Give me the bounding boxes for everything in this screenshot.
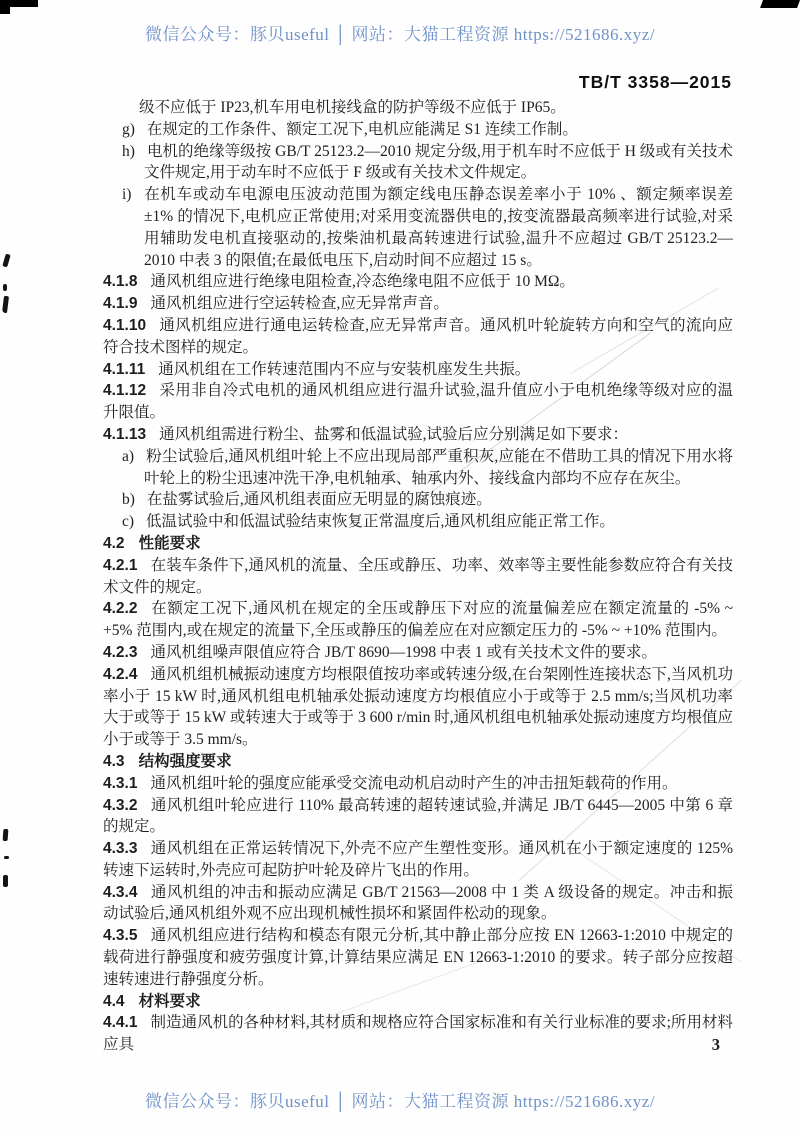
clause-text: 在额定工况下,通风机在规定的全压或静压下对应的流量偏差应在额定流量的 -5% ~… [103,600,733,639]
clause-paragraph: 4.3.3通风机组在正常运转情况下,外壳不应产生塑性变形。通风机在小于额定速度的… [103,838,733,882]
clause-paragraph: 4.1.8通风机组应进行绝缘电阻检查,冷态绝缘电阻不应低于 10 MΩ。 [103,271,733,293]
clause-text: 通风机组叶轮应进行 110% 最高转速的超转速试验,并满足 JB/T 6445—… [103,797,733,836]
clause-number: h) [122,143,135,160]
scan-edge-mark [3,875,8,887]
clause-number: 4.4 [103,993,125,1010]
clause-text: 通风机组机械振动速度方均根限值按功率或转速分级,在台架刚性连接状态下,当风机功率… [103,666,733,748]
clause-paragraph: 4.3.5通风机组应进行结构和模态有限元分析,其中静止部分应按 EN 12663… [103,925,733,990]
clause-paragraph: 4.2.2在额定工况下,通风机在规定的全压或静压下对应的流量偏差应在额定流量的 … [103,598,733,642]
clause-text: 通风机组应进行通电运转检查,应无异常声音。通风机叶轮旋转方向和空气的流向应符合技… [103,317,733,356]
clause-paragraph: 级不应低于 IP23,机车用电机接线盒的防护等级不应低于 IP65。 [103,97,733,119]
clause-number: 4.1.8 [103,273,137,290]
clause-text: 通风机组的冲击和振动应满足 GB/T 21563—2008 中 1 类 A 级设… [103,884,733,923]
clause-text: 通风机组噪声限值应符合 JB/T 8690—1998 中表 1 或有关技术文件的… [150,644,657,661]
clause-number: 4.3 [103,753,125,770]
clause-text: 性能要求 [139,535,201,552]
page-number: 3 [712,1035,720,1055]
clause-number: 4.2.3 [103,644,137,661]
section-heading: 4.3结构强度要求 [103,751,733,773]
clause-paragraph: 4.3.1通风机组叶轮的强度应能承受交流电动机启动时产生的冲击扭矩载荷的作用。 [103,773,733,795]
clause-number: 4.3.4 [103,884,137,901]
clause-paragraph: g)在规定的工作条件、额定工况下,电机应能满足 S1 连续工作制。 [103,119,733,141]
clause-paragraph: 4.2.3通风机组噪声限值应符合 JB/T 8690—1998 中表 1 或有关… [103,642,733,664]
clause-text: 粉尘试验后,通风机组叶轮上不应出现局部严重积灰,应能在不借助工具的情况下用水将叶… [144,448,733,487]
standard-number: TB/T 3358—2015 [579,72,732,93]
clause-number: 4.4.1 [103,1014,137,1031]
clause-paragraph: a)粉尘试验后,通风机组叶轮上不应出现局部严重积灰,应能在不借助工具的情况下用水… [103,446,733,490]
clause-text: 通风机组需进行粉尘、盐雾和低温试验,试验后应分别满足如下要求： [159,426,628,443]
scan-corner-mark-right [760,0,800,8]
clause-text: 采用非自冷式电机的通风机组应进行温升试验,温升值应小于电机绝缘等级对应的温升限值… [103,382,733,421]
clause-number: 4.1.11 [103,361,145,378]
clause-paragraph: 4.1.13通风机组需进行粉尘、盐雾和低温试验,试验后应分别满足如下要求： [103,424,733,446]
scan-edge-mark [3,829,9,841]
clause-number: 4.2.1 [103,557,137,574]
clause-text: 通风机组应进行绝缘电阻检查,冷态绝缘电阻不应低于 10 MΩ。 [150,273,574,290]
clause-number: 4.3.5 [103,927,137,944]
clause-number: 4.1.10 [103,317,146,334]
clause-text: 电机的绝缘等级按 GB/T 25123.2—2010 规定分级,用于机车时不应低… [144,143,733,182]
section-heading: 4.2性能要求 [103,533,733,555]
clause-text: 在规定的工作条件、额定工况下,电机应能满足 S1 连续工作制。 [147,121,578,138]
clause-text: 在机车或动车电源电压波动范围为额定线电压静态误差率小于 10% 、额定频率误差 … [143,186,733,268]
scan-edge-mark [4,856,9,859]
clause-paragraph: 4.1.11通风机组在工作转速范围内不应与安装机座发生共振。 [103,359,733,381]
clause-number: 4.1.13 [103,426,146,443]
clause-number: 4.3.1 [103,775,137,792]
clause-paragraph: 4.3.2通风机组叶轮应进行 110% 最高转速的超转速试验,并满足 JB/T … [103,795,733,839]
clause-paragraph: 4.3.4通风机组的冲击和振动应满足 GB/T 21563—2008 中 1 类… [103,882,733,926]
clause-paragraph: 4.2.4通风机组机械振动速度方均根限值按功率或转速分级,在台架刚性连接状态下,… [103,664,733,751]
clause-paragraph: 4.1.12采用非自冷式电机的通风机组应进行温升试验,温升值应小于电机绝缘等级对… [103,380,733,424]
clause-number: 4.3.2 [103,797,137,814]
document-body: 级不应低于 IP23,机车用电机接线盒的防护等级不应低于 IP65。g)在规定的… [103,97,733,1056]
clause-paragraph: c)低温试验中和低温试验结束恢复正常温度后,通风机组应能正常工作。 [103,511,733,533]
clause-text: 在盐雾试验后,通风机组表面应无明显的腐蚀痕迹。 [147,491,492,508]
clause-text: 通风机组在工作转速范围内不应与安装机座发生共振。 [158,361,530,378]
clause-paragraph: 4.1.9通风机组应进行空运转检查,应无异常声音。 [103,293,733,315]
clause-number: c) [122,513,134,530]
scan-edge-mark [2,254,10,268]
clause-text: 制造通风机的各种材料,其材质和规格应符合国家标准和有关行业标准的要求;所用材料应… [103,1014,733,1053]
clause-text: 通风机组叶轮的强度应能承受交流电动机启动时产生的冲击扭矩载荷的作用。 [150,775,677,792]
clause-text: 材料要求 [139,993,201,1010]
clause-number: 4.3.3 [103,840,137,857]
document-page: 微信公众号：豚贝useful │ 网站：大猫工程资源 https://52168… [0,0,800,1136]
clause-paragraph: b)在盐雾试验后,通风机组表面应无明显的腐蚀痕迹。 [103,489,733,511]
clause-number: 4.2 [103,535,125,552]
clause-text: 通风机组应进行空运转检查,应无异常声音。 [150,295,448,312]
clause-paragraph: 4.1.10通风机组应进行通电运转检查,应无异常声音。通风机叶轮旋转方向和空气的… [103,315,733,359]
clause-number: g) [122,121,135,138]
watermark-bottom: 微信公众号：豚贝useful │ 网站：大猫工程资源 https://52168… [0,1087,800,1112]
clause-number: b) [122,491,135,508]
clause-text: 级不应低于 IP23,机车用电机接线盒的防护等级不应低于 IP65。 [139,99,566,116]
clause-text: 在装车条件下,通风机的流量、全压或静压、功率、效率等主要性能参数应符合有关技术文… [103,557,733,596]
watermark-top: 微信公众号：豚贝useful │ 网站：大猫工程资源 https://52168… [0,20,800,45]
scan-edge-mark [3,284,7,291]
clause-paragraph: h)电机的绝缘等级按 GB/T 25123.2—2010 规定分级,用于机车时不… [103,141,733,185]
clause-number: 4.1.12 [103,382,146,399]
clause-number: 4.2.2 [103,600,137,617]
clause-number: 4.2.4 [103,666,137,683]
clause-text: 通风机组应进行结构和模态有限元分析,其中静止部分应按 EN 12663-1:20… [103,927,733,988]
clause-paragraph: 4.4.1制造通风机的各种材料,其材质和规格应符合国家标准和有关行业标准的要求;… [103,1012,733,1056]
clause-number: a) [122,448,134,465]
scan-corner-mark-left [0,0,10,14]
section-heading: 4.4材料要求 [103,991,733,1013]
clause-paragraph: 4.2.1在装车条件下,通风机的流量、全压或静压、功率、效率等主要性能参数应符合… [103,555,733,599]
clause-number: 4.1.9 [103,295,137,312]
clause-text: 结构强度要求 [139,753,232,770]
clause-text: 通风机组在正常运转情况下,外壳不应产生塑性变形。通风机在小于额定速度的 125%… [103,840,733,879]
scan-edge-mark [2,296,9,313]
clause-number: i) [122,186,131,203]
clause-text: 低温试验中和低温试验结束恢复正常温度后,通风机组应能正常工作。 [146,513,615,530]
clause-paragraph: i)在机车或动车电源电压波动范围为额定线电压静态误差率小于 10% 、额定频率误… [103,184,733,271]
